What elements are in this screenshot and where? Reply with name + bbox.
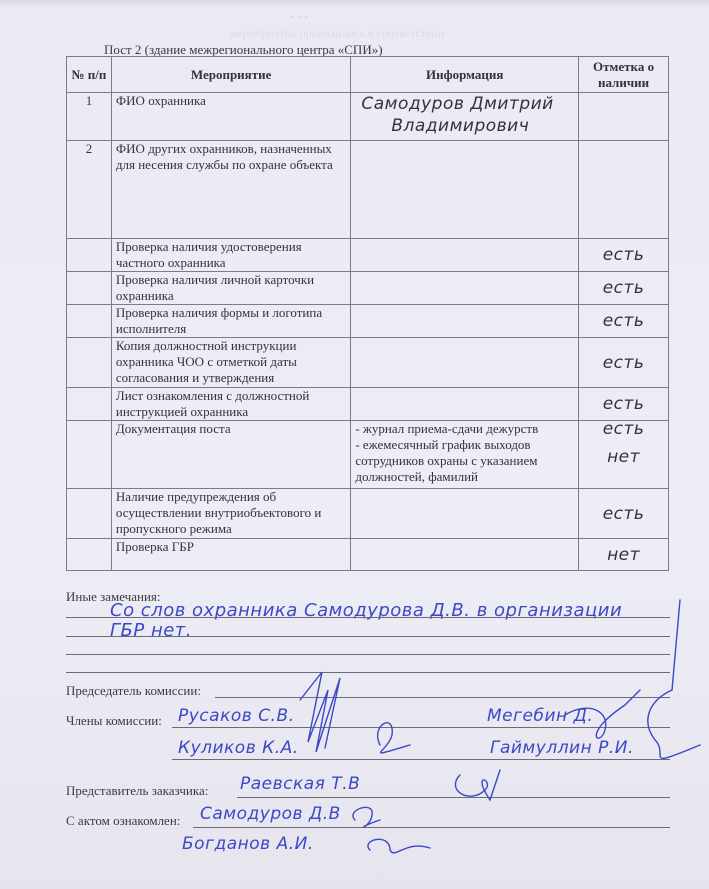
signature-icon (565, 690, 640, 738)
signature-icon (378, 723, 410, 753)
signature-scribbles (0, 0, 709, 889)
signature-icon (353, 807, 380, 827)
signature-icon (455, 770, 500, 800)
signature-icon (300, 672, 340, 752)
signature-icon (648, 600, 700, 758)
signature-icon (368, 839, 430, 853)
